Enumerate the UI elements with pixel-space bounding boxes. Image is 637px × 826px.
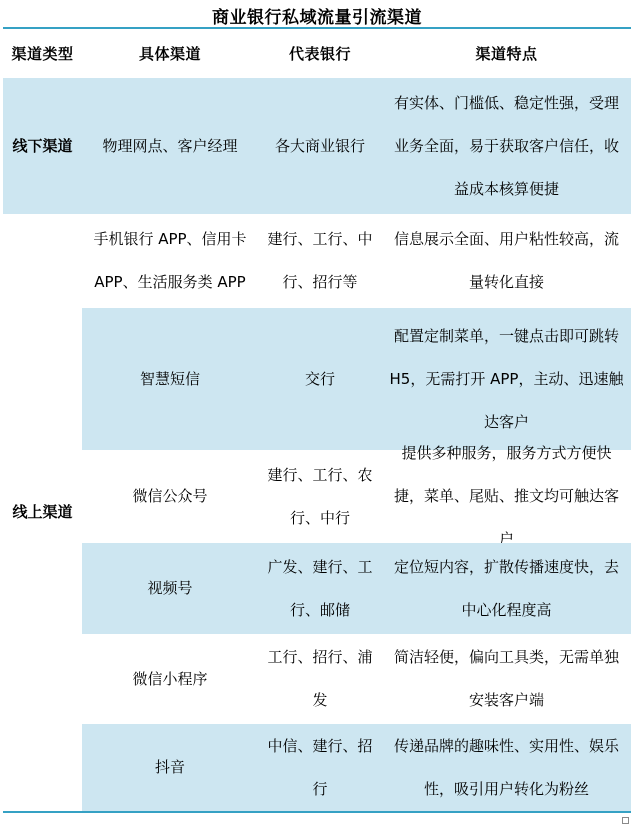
features-cell: 信息展示全面、用户粘性较高，流量转化直接 <box>382 214 631 308</box>
banks-cell: 中信、建行、招行 <box>258 724 382 811</box>
banks-cell: 交行 <box>258 308 382 450</box>
channel-cell: 视频号 <box>82 543 258 634</box>
channel-cell: 微信小程序 <box>82 634 258 724</box>
type-cell-offline: 线下渠道 <box>3 78 82 214</box>
header-cell-banks: 代表银行 <box>258 29 382 78</box>
channel-cell: 抖音 <box>82 724 258 811</box>
banks-cell: 建行、工行、农行、中行 <box>258 450 382 543</box>
channel-cell: 微信公众号 <box>82 450 258 543</box>
header-cell-channel-type: 渠道类型 <box>3 29 82 78</box>
channel-cell: 智慧短信 <box>82 308 258 450</box>
features-cell: 提供多种服务，服务方式方便快捷，菜单、尾贴、推文均可触达客户 <box>382 450 631 543</box>
table-title: 商业银行私域流量引流渠道 <box>3 0 631 29</box>
channels-table: 商业银行私域流量引流渠道 渠道类型 具体渠道 代表银行 渠道特点 线下渠道 物理… <box>3 0 631 813</box>
header-cell-features: 渠道特点 <box>382 29 631 78</box>
features-cell: 简洁轻便，偏向工具类，无需单独安装客户端 <box>382 634 631 724</box>
banks-cell: 建行、工行、中行、招行等 <box>258 214 382 308</box>
channel-cell: 物理网点、客户经理 <box>82 78 258 214</box>
banks-cell: 工行、招行、浦发 <box>258 634 382 724</box>
features-cell: 定位短内容，扩散传播速度快，去中心化程度高 <box>382 543 631 634</box>
features-cell: 有实体、门槛低、稳定性强，受理业务全面，易于获取客户信任，收益成本核算便捷 <box>382 78 631 214</box>
type-cell-online: 线上渠道 <box>3 214 82 811</box>
features-cell: 配置定制菜单，一键点击即可跳转 H5，无需打开 APP，主动、迅速触达客户 <box>382 308 631 450</box>
table-body: 线下渠道 物理网点、客户经理 各大商业银行 有实体、门槛低、稳定性强，受理业务全… <box>3 78 631 813</box>
table-header-row: 渠道类型 具体渠道 代表银行 渠道特点 <box>3 29 631 78</box>
channel-cell: 手机银行 APP、信用卡 APP、生活服务类 APP <box>82 214 258 308</box>
features-cell: 传递品牌的趣味性、实用性、娱乐性，吸引用户转化为粉丝 <box>382 724 631 811</box>
header-cell-channel: 具体渠道 <box>82 29 258 78</box>
banks-cell: 各大商业银行 <box>258 78 382 214</box>
banks-cell: 广发、建行、工行、邮储 <box>258 543 382 634</box>
document-caret-artifact <box>622 817 629 824</box>
